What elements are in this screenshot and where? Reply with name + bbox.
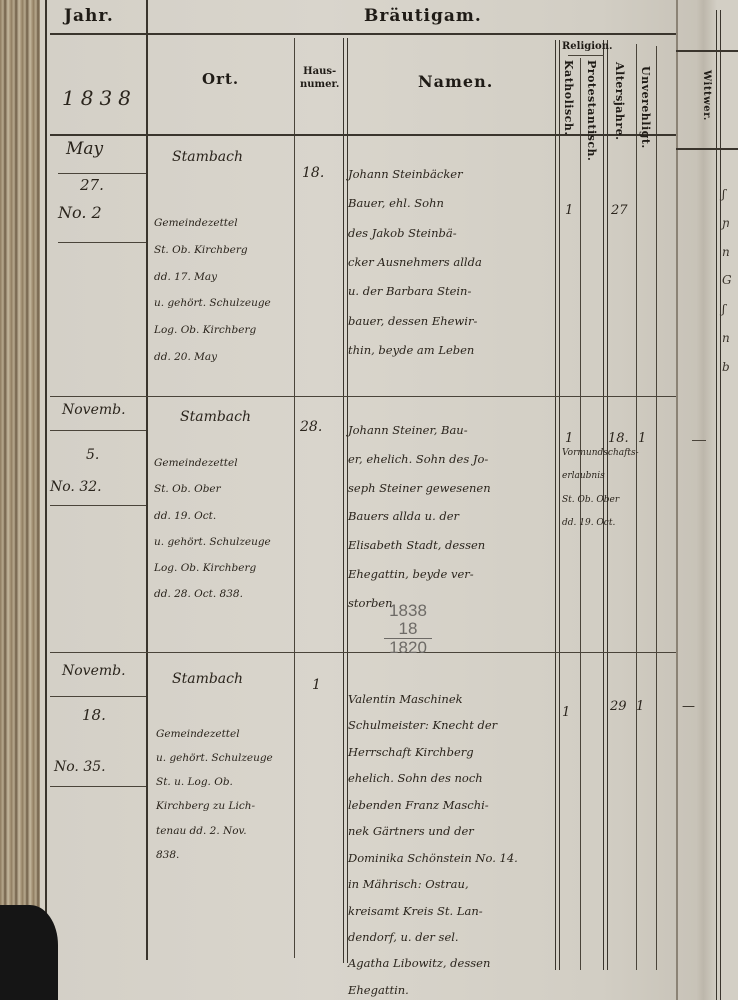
page-fold [676, 0, 678, 1000]
pencil-note-birth: 1820 [384, 639, 432, 657]
entry1-names: Johann Steinbäcker Bauer, ehl. Sohn des … [348, 160, 482, 365]
entry3-place: Stambach [172, 672, 243, 686]
header-place: Ort. [202, 70, 239, 88]
entry2-month: Novemb. [62, 403, 126, 418]
rule-place-house [294, 38, 295, 958]
rule-entry3-month [50, 696, 146, 697]
entry2-age: 18. [608, 432, 629, 445]
thumb-shadow [0, 905, 58, 1000]
header-protestant: Protestantisch. [585, 60, 598, 135]
rule-right-header-top [676, 50, 738, 52]
entry3-banns: Gemeindezettel u. gehört. Schulzeuge St.… [156, 722, 273, 867]
entry1-banns: Gemeindezettel St. Ob. Kirchberg dd. 17.… [154, 210, 271, 371]
entry3-unmarried: 1 [636, 700, 644, 713]
rule-entry1-month [58, 173, 146, 174]
rule-widower [716, 10, 721, 1000]
entry1-place: Stambach [172, 150, 243, 164]
entry1-number: No. 2 [58, 205, 102, 221]
header-age: Altersjahre. [613, 62, 626, 132]
rule-unmarried-end [656, 46, 657, 970]
entry2-catholic: 1 [565, 432, 573, 445]
rule-entry1-number [58, 242, 146, 243]
rule-header-bottom [50, 134, 676, 136]
header-house-number: Haus- numer. [300, 66, 339, 91]
header-religion: Religion. [562, 41, 612, 52]
rule-names-religion [555, 40, 560, 970]
rule-entry3-number [50, 786, 146, 787]
rule-entry2-number [50, 505, 146, 506]
header-groom: Bräutigam. [364, 6, 482, 26]
year-value: 1838 [62, 88, 137, 108]
entry2-banns: Gemeindezettel St. Ob. Ober dd. 19. Oct.… [154, 450, 271, 608]
entry1-day: 27. [80, 178, 104, 193]
rule-entry2-bottom [50, 652, 676, 653]
header-unmarried: Unverehligt. [639, 66, 652, 136]
entry1-age: 27 [611, 204, 628, 217]
pencil-note: 1838 18 1820 [384, 602, 432, 657]
rule-right-header-bottom [676, 148, 738, 150]
entry1-house-number: 18. [302, 166, 324, 180]
rule-religion-sub [568, 55, 604, 56]
pencil-note-age: 18 [384, 620, 432, 639]
entry2-names: Johann Steiner, Bau- er, ehelich. Sohn d… [348, 416, 491, 617]
entry2-side-note: Vormundschafts- erlaubnis St. Ob. Ober d… [562, 442, 639, 536]
entry3-catholic: 1 [562, 706, 570, 719]
rule-year-place [146, 0, 148, 960]
entry3-number: No. 35. [54, 760, 106, 774]
entry3-age: 29 [610, 700, 627, 713]
header-catholic: Katholisch. [562, 60, 575, 130]
entry3-day: 18. [82, 708, 106, 723]
entry3-house-number: 1 [312, 678, 321, 692]
widower-dash-entry2 [692, 440, 706, 441]
entry3-names: Valentin Maschinek Schulmeister: Knecht … [348, 686, 518, 1000]
rule-header-top [50, 33, 676, 35]
header-widower: Wittwer. [701, 70, 712, 130]
entry1-catholic: 1 [565, 204, 573, 217]
pencil-note-year: 1838 [384, 602, 432, 620]
rule-left-border [45, 0, 47, 1000]
entry2-house-number: 28. [300, 420, 322, 434]
entry1-month: May [66, 140, 103, 159]
rule-entry1-bottom [50, 396, 676, 397]
header-year: Jahr. [64, 6, 114, 26]
next-page-fragment: ʃɲnGʃnb [722, 180, 732, 382]
entry2-place: Stambach [180, 410, 251, 424]
header-names: Namen. [418, 72, 493, 91]
entry2-unmarried: 1 [638, 432, 646, 445]
entry3-widower: — [682, 700, 695, 713]
entry2-day: 5. [86, 448, 99, 462]
rule-entry2-month [50, 430, 146, 431]
entry3-month: Novemb. [62, 664, 126, 679]
entry2-number: No. 32. [50, 480, 102, 494]
